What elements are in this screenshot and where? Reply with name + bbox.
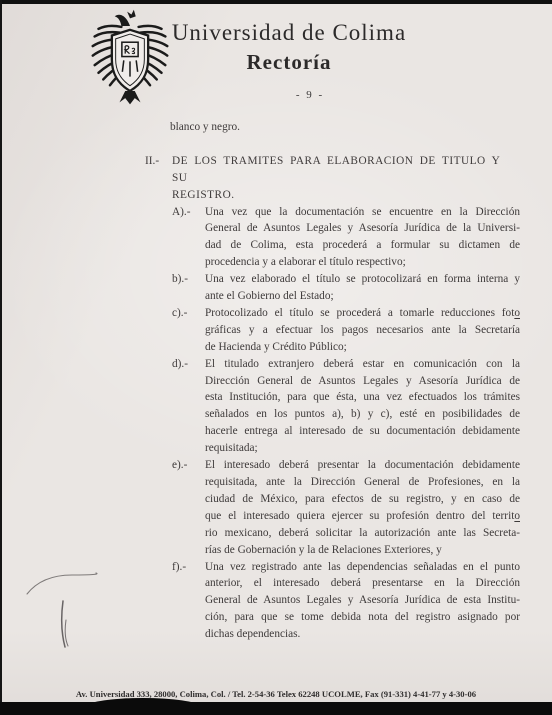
text-line: ción, para que se tome debida nota del r… [205, 609, 520, 626]
document-page: Universidad de Colima Rectoría - 9 - bla… [0, 0, 552, 715]
text-line: ante el Gobierno del Estado; [205, 288, 520, 305]
list-item: e).- El interesado deberá presentar la d… [145, 457, 520, 558]
section-title: DE LOS TRAMITES PARA ELABORACION DE TITU… [172, 153, 520, 204]
list-item: b).- Una vez elaborado el título se prot… [145, 271, 520, 305]
scan-edge-top [0, 0, 552, 4]
text-line: anterior, el interesado deberá presentar… [205, 575, 520, 592]
text-line: El interesado deberá presentar la docume… [205, 457, 520, 474]
list-item-label: A).- [172, 204, 191, 221]
list-item-label: f).- [172, 559, 186, 576]
text-line: Una vez que la documentación se encuentr… [205, 204, 520, 221]
list-item: f).- Una vez registrado ante las depende… [145, 559, 520, 644]
list-item-text: El titulado extranjero deberá estar en c… [205, 356, 520, 457]
pen-stroke-vertical [62, 601, 65, 647]
document-body: blanco y negro. II.- DE LOS TRAMITES PAR… [145, 119, 520, 643]
text-line: de Hacienda y Crédito Público; [205, 339, 520, 356]
university-name: Universidad de Colima [168, 20, 410, 46]
text-line: gráficas y a efectuar los pagos necesari… [205, 322, 520, 339]
text-line: Dirección General de Asuntos Legales y A… [205, 373, 520, 390]
footer-address: Av. Universidad 333, 28000, Colima, Col.… [10, 689, 542, 699]
list-item-label: d).- [172, 356, 188, 373]
text-line: hacerle entrega al interesado de su docu… [205, 423, 520, 440]
text-line: procedencia y a elaborar el título respe… [205, 254, 520, 271]
list-item-text: El interesado deberá presentar la docume… [205, 457, 520, 558]
letterhead: Universidad de Colima Rectoría [168, 20, 410, 75]
eagle-head [115, 10, 136, 26]
text-line: Una vez elaborado el título se protocoli… [205, 271, 520, 288]
university-crest-icon [87, 9, 173, 106]
text-line: ciudad de México, para efectos de su reg… [205, 491, 520, 508]
eagle-tail [119, 91, 140, 104]
list-item-text: Protocolizado el título se procederá a t… [205, 305, 520, 356]
list-item: d).- El titulado extranjero deberá estar… [145, 356, 520, 457]
page-number: - 9 - [280, 89, 340, 101]
crest-shield [112, 30, 148, 91]
list-item-label: b).- [172, 271, 188, 288]
text-line: DE LOS TRAMITES PARA ELABORACION DE TITU… [172, 153, 520, 187]
text-line: El titulado extranjero deberá estar en c… [205, 356, 520, 373]
text-segment: que el interesado quiera ejercer su prof… [205, 510, 514, 522]
pen-stroke-arc [27, 573, 97, 594]
list-item-label: c).- [172, 305, 187, 322]
text-line: REGISTRO. [172, 187, 520, 204]
department-name: Rectoría [168, 50, 410, 75]
text-segment: Protocolizado el título se procederá a t… [205, 307, 514, 319]
list-item-text: Una vez que la documentación se encuentr… [205, 204, 520, 272]
list-item: c).- Protocolizado el título se proceder… [145, 305, 520, 356]
scan-edge-left [0, 0, 2, 715]
text-line: General de Asuntos Legales y Asesoría Ju… [205, 220, 520, 237]
pen-stroke-vertical-2 [65, 620, 68, 646]
scan-edge-bottom [0, 702, 552, 715]
list-item-text: Una vez registrado ante las dependencias… [205, 559, 520, 644]
text-line: requisitada, ante la Dirección General d… [205, 474, 520, 491]
section-number: II.- [145, 153, 159, 170]
text-line: que el interesado quiera ejercer su prof… [205, 508, 520, 525]
text-line: General de Asuntos Legales y Asesoría Ju… [205, 592, 520, 609]
text-line: rio mexicano, deberá solicitar la autori… [205, 525, 520, 542]
text-line: blanco y negro. [170, 119, 520, 136]
text-line: rías de Gobernación y la de Relaciones E… [205, 542, 520, 559]
text-line: requisitada; [205, 440, 520, 457]
section-heading: II.- DE LOS TRAMITES PARA ELABORACION DE… [145, 153, 520, 204]
text-line: señalados en los puntos a), b) y c), est… [205, 406, 520, 423]
text-line: dad de Colima, esta procederá a formular… [205, 237, 520, 254]
text-line: dichas dependencias. [205, 626, 520, 643]
list-item-label: e).- [172, 457, 187, 474]
text-line: Protocolizado el título se procederá a t… [205, 305, 520, 322]
text-line: Una vez registrado ante las dependencias… [205, 559, 520, 576]
underlined-letter: o [514, 307, 520, 319]
text-line: esta Institución, para que ésta, una vez… [205, 389, 520, 406]
underlined-letter: o [514, 510, 520, 522]
list-item-text: Una vez elaborado el título se protocoli… [205, 271, 520, 305]
list-item: A).- Una vez que la documentación se enc… [145, 204, 520, 272]
